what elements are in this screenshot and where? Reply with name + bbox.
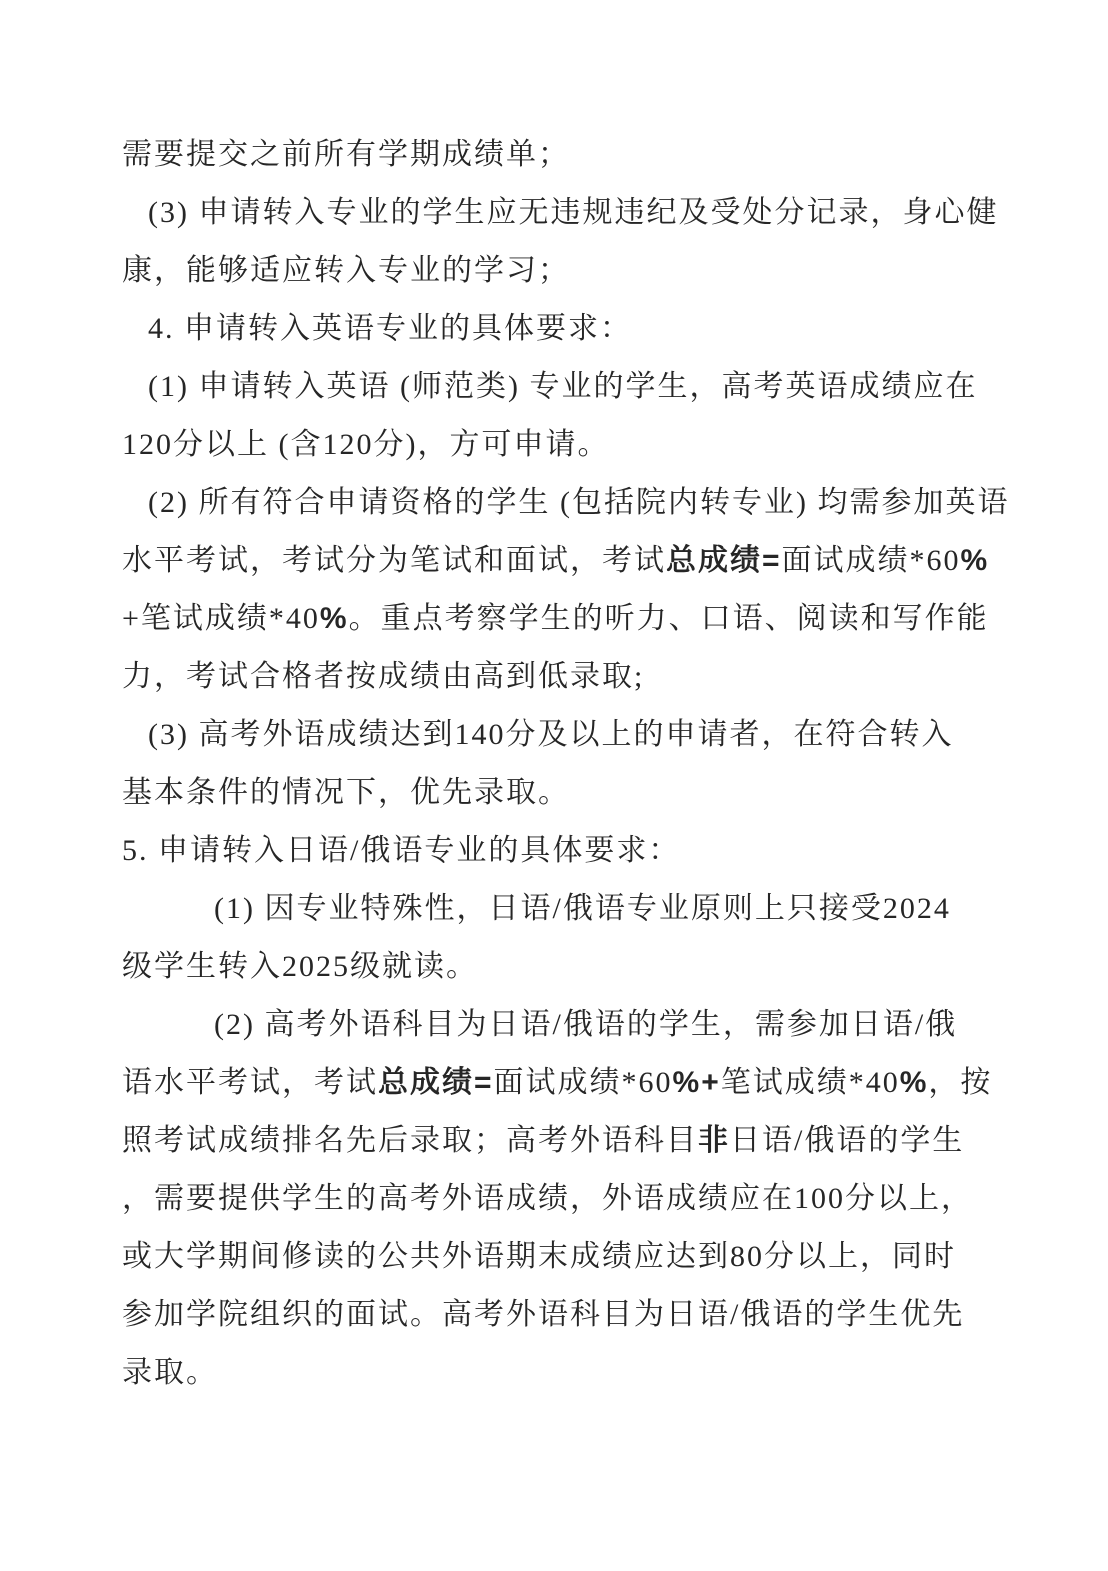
text-segment: 需要提交之前所有学期成绩单； [122,138,570,171]
text-segment: 语水平考试，考试 [122,1066,378,1099]
text-line-13: 5. 申请转入日语/俄语专业的具体要求： [122,822,1022,880]
text-segment: 参加学院组织的面试。高考外语科目为日语/俄语的学生优先 [122,1298,964,1331]
text-segment: 基本条件的情况下，优先录取。 [122,776,570,809]
text-line-6: 120分以上 (含120分)，方可申请。 [122,416,1022,474]
text-line-10: 力，考试合格者按成绩由高到低录取; [122,648,1022,706]
text-segment: 或大学期间修读的公共外语期末成绩应达到80分以上，同时 [122,1240,956,1273]
text-segment: ，需要提供学生的高考外语成绩，外语成绩应在100分以上， [122,1182,973,1215]
bold-text-segment: % [900,1066,929,1099]
text-segment: 4. 申请转入英语专业的具体要求： [148,312,632,345]
text-line-20: 或大学期间修读的公共外语期末成绩应达到80分以上，同时 [122,1228,1022,1286]
text-line-12: 基本条件的情况下，优先录取。 [122,764,1022,822]
bold-text-segment: 总成绩= [378,1066,494,1099]
text-line-11: (3) 高考外语成绩达到140分及以上的申请者，在符合转入 [148,706,1022,764]
text-segment: 笔试成绩*40 [721,1066,900,1099]
text-segment: 日语/俄语的学生 [730,1124,964,1157]
text-segment: 力，考试合格者按成绩由高到低录取; [122,660,644,693]
text-line-4: 4. 申请转入英语专业的具体要求： [148,300,1022,358]
text-segment: 水平考试，考试分为笔试和面试，考试 [122,544,666,577]
bold-text-segment: 总成绩= [666,544,782,577]
text-line-1: 需要提交之前所有学期成绩单； [122,126,1022,184]
text-line-9: +笔试成绩*40%。重点考察学生的听力、口语、阅读和写作能 [122,590,1022,648]
text-segment: +笔试成绩*40 [122,602,320,635]
text-segment: (1) 申请转入英语 (师范类) 专业的学生，高考英语成绩应在 [148,370,977,403]
text-segment: 120分以上 (含120分)，方可申请。 [122,428,609,461]
text-line-3: 康，能够适应转入专业的学习； [122,242,1022,300]
text-line-5: (1) 申请转入英语 (师范类) 专业的学生，高考英语成绩应在 [148,358,1022,416]
text-segment: (1) 因专业特殊性，日语/俄语专业原则上只接受2024 [214,892,951,925]
text-line-8: 水平考试，考试分为笔试和面试，考试总成绩=面试成绩*60% [122,532,1022,590]
text-segment: (2) 高考外语科目为日语/俄语的学生，需参加日语/俄 [214,1008,957,1041]
document-body: 需要提交之前所有学期成绩单；(3) 申请转入专业的学生应无违规违纪及受处分记录，… [122,126,1022,1402]
text-segment: 。重点考察学生的听力、口语、阅读和写作能 [349,602,989,635]
bold-text-segment: % [320,602,349,635]
text-segment: (3) 申请转入专业的学生应无违规违纪及受处分记录，身心健 [148,196,998,229]
bold-text-segment: 非 [698,1124,730,1157]
text-line-7: (2) 所有符合申请资格的学生 (包括院内转专业) 均需参加英语 [148,474,1022,532]
text-line-19: ，需要提供学生的高考外语成绩，外语成绩应在100分以上， [122,1170,1022,1228]
bold-text-segment: % [961,544,990,577]
text-segment: 照考试成绩排名先后录取；高考外语科目 [122,1124,698,1157]
text-segment: ，按 [928,1066,992,1099]
text-segment: 康，能够适应转入专业的学习； [122,254,570,287]
text-segment: 录取。 [122,1356,218,1389]
text-line-15: 级学生转入2025级就读。 [122,938,1022,996]
bold-text-segment: %+ [673,1066,721,1099]
text-line-17: 语水平考试，考试总成绩=面试成绩*60%+笔试成绩*40%，按 [122,1054,1022,1112]
text-line-14: (1) 因专业特殊性，日语/俄语专业原则上只接受2024 [214,880,1022,938]
text-line-21: 参加学院组织的面试。高考外语科目为日语/俄语的学生优先 [122,1286,1022,1344]
text-segment: 级学生转入2025级就读。 [122,950,478,983]
text-line-18: 照考试成绩排名先后录取；高考外语科目非日语/俄语的学生 [122,1112,1022,1170]
text-segment: 5. 申请转入日语/俄语专业的具体要求： [122,834,680,867]
document-page: 需要提交之前所有学期成绩单；(3) 申请转入专业的学生应无违规违纪及受处分记录，… [0,0,1108,1571]
text-line-2: (3) 申请转入专业的学生应无违规违纪及受处分记录，身心健 [148,184,1022,242]
text-segment: 面试成绩*60 [494,1066,673,1099]
text-segment: (2) 所有符合申请资格的学生 (包括院内转专业) 均需参加英语 [148,486,1009,519]
text-segment: 面试成绩*60 [782,544,961,577]
text-segment: (3) 高考外语成绩达到140分及以上的申请者，在符合转入 [148,718,953,751]
text-line-22: 录取。 [122,1344,1022,1402]
text-line-16: (2) 高考外语科目为日语/俄语的学生，需参加日语/俄 [214,996,1022,1054]
